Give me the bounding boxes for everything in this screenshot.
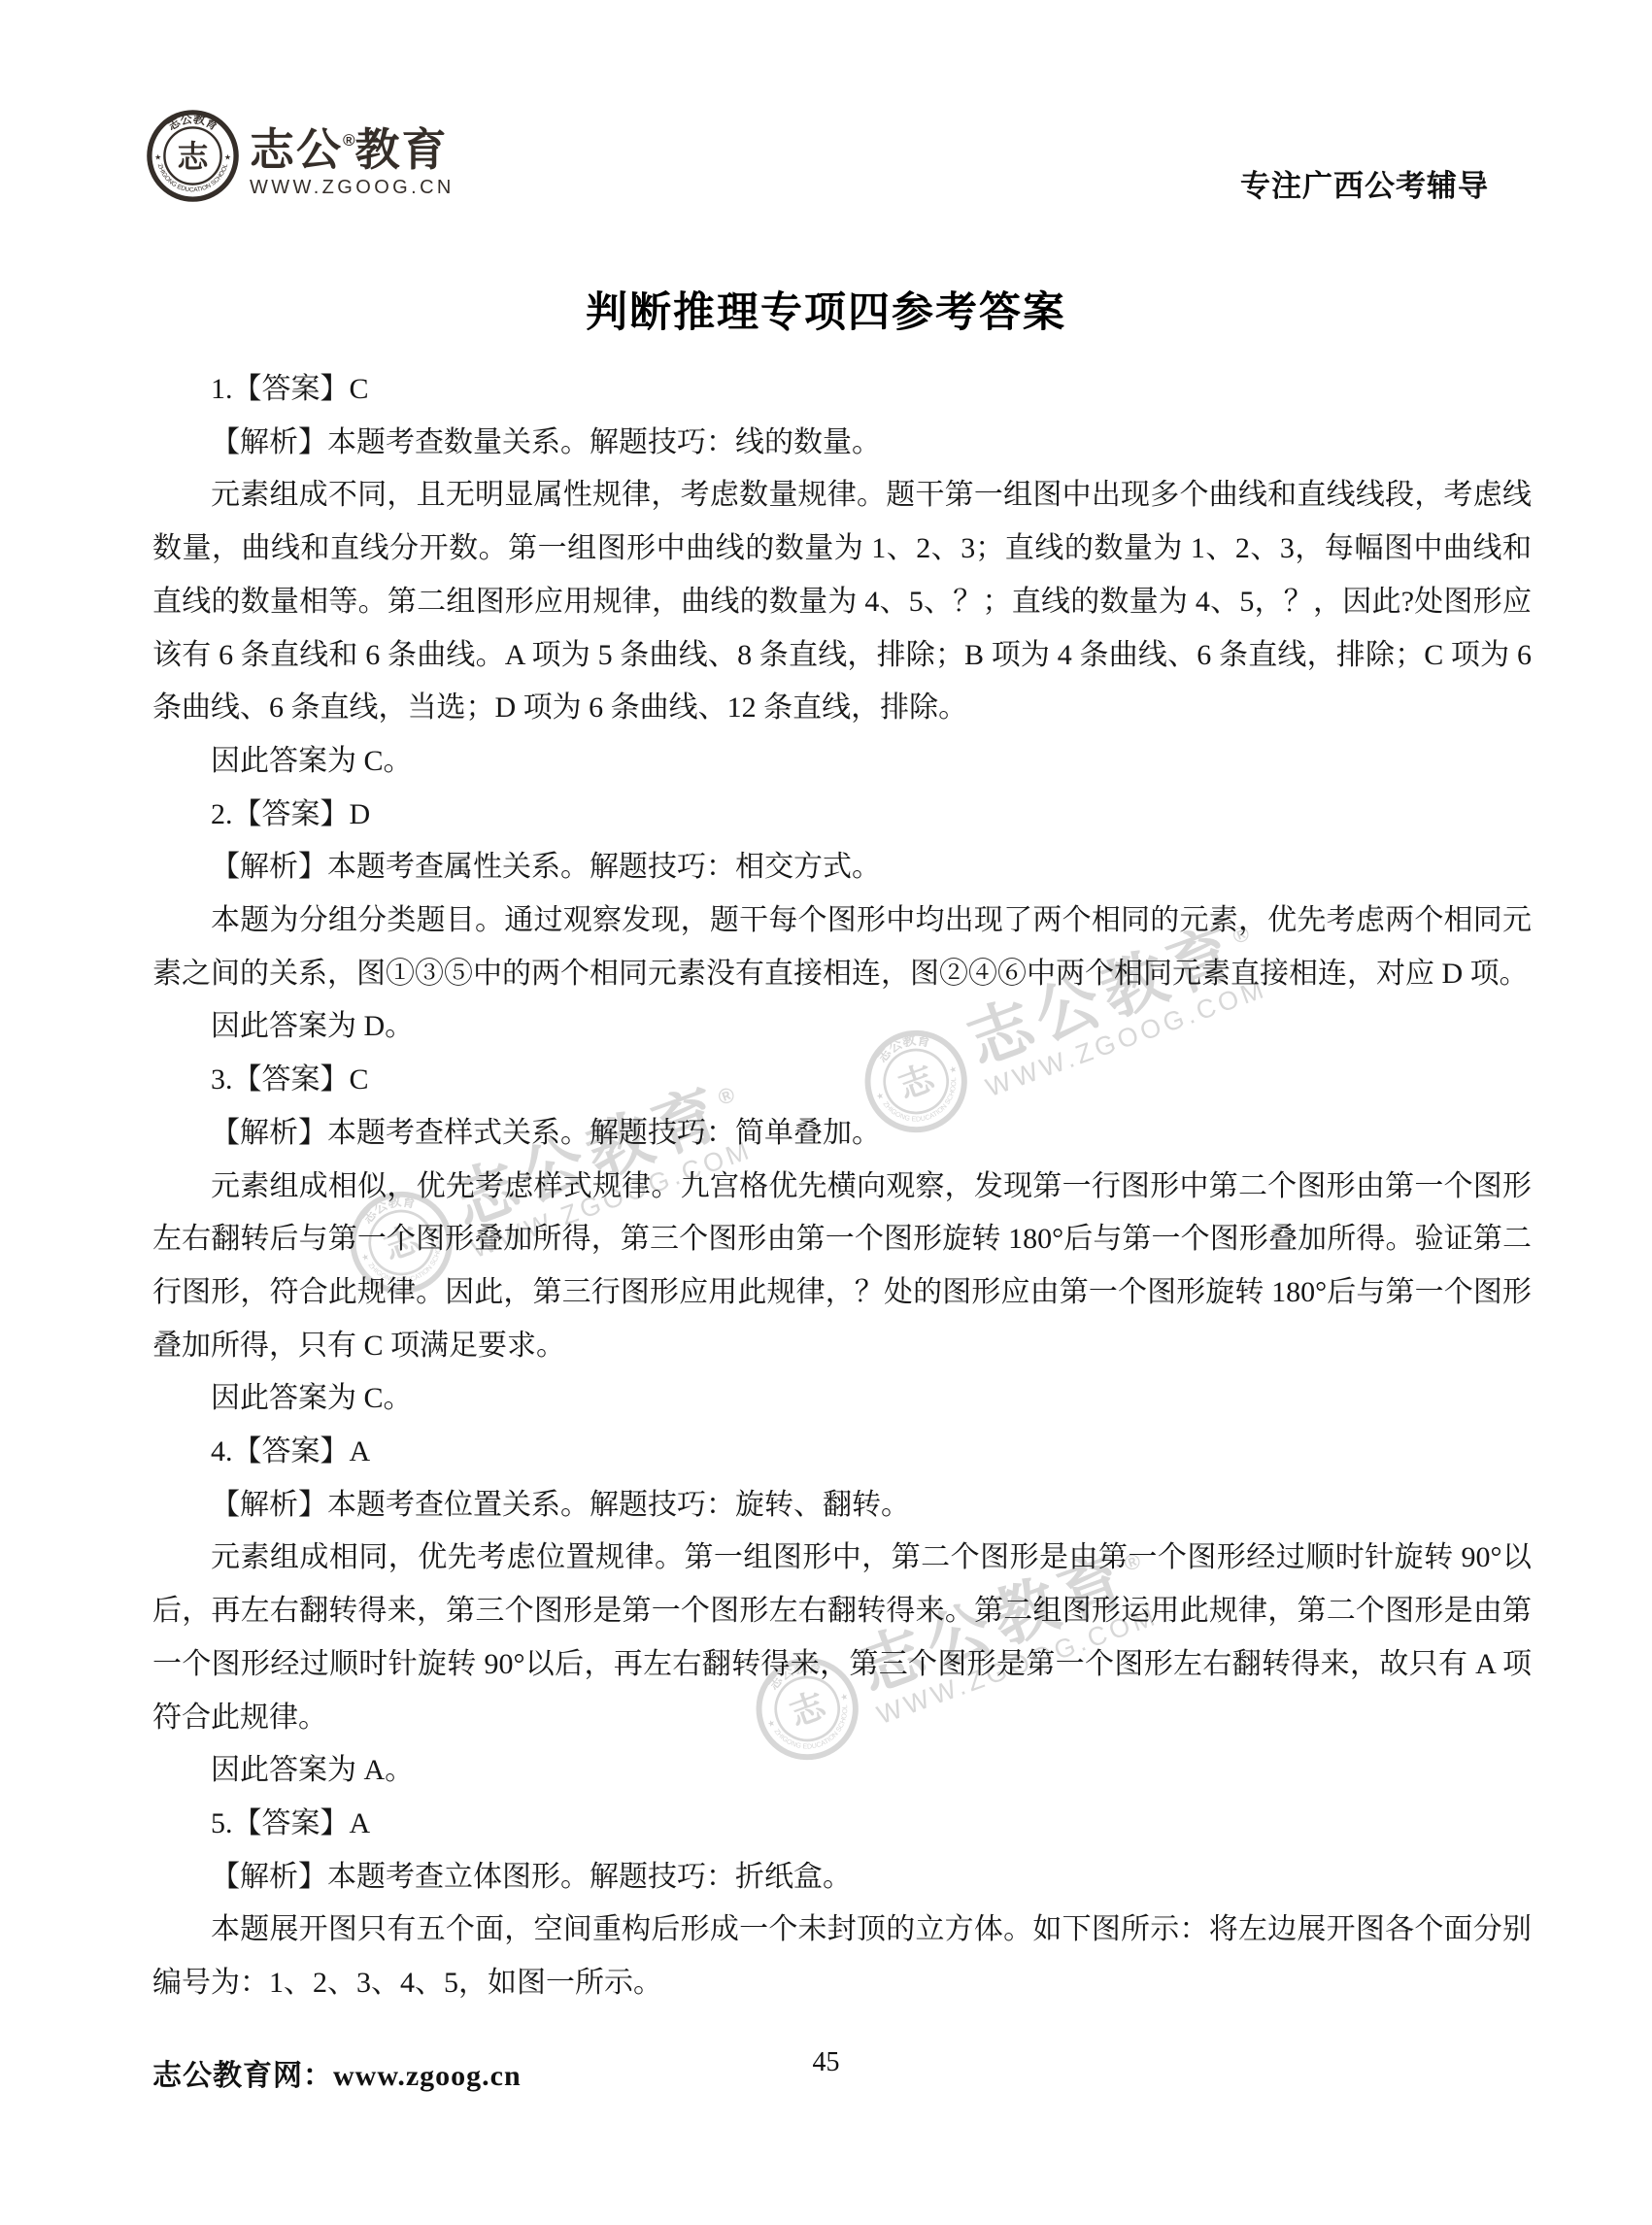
brand-block: 志公®教育 WWW.ZGOOG.CN [250,117,455,199]
answer-number-line: 2.【答案】D [152,789,1532,842]
explanation-paragraph: 元素组成相似，优先考虑样式规律。九宫格优先横向观察，发现第一行图形中第二个图形由… [152,1161,1532,1373]
conclusion-line: 因此答案为 D。 [152,1000,1532,1054]
explanation-paragraph: 元素组成相同，优先考虑位置规律。第一组图形中，第二个图形是由第一个图形经过顺时针… [152,1532,1532,1744]
brand-name: 志公®教育 [250,117,455,174]
page-title: 判断推理专项四参考答案 [0,280,1652,339]
registered-mark: ® [343,131,355,150]
answer-number-line: 3.【答案】C [152,1054,1532,1107]
answer-item-1: 1.【答案】C 【解析】本题考查数量关系。解题技巧：线的数量。 元素组成不同，且… [152,363,1532,789]
analysis-line: 【解析】本题考查属性关系。解题技巧：相交方式。 [152,841,1532,894]
answer-item-5: 5.【答案】A 【解析】本题考查立体图形。解题技巧：折纸盒。 本题展开图只有五个… [152,1798,1532,2010]
zhigong-seal-icon: 志公教育 ZHIGONG EDUCATION SCHOOL ★ ★ 志 [146,109,240,203]
answer-item-4: 4.【答案】A 【解析】本题考查位置关系。解题技巧：旋转、翻转。 元素组成相同，… [152,1426,1532,1798]
conclusion-line: 因此答案为 A。 [152,1744,1532,1798]
document-page: 志公教育 ZHIGONG EDUCATION SCHOOL ★ ★ 志 志公®教… [0,0,1652,2225]
page-number: 45 [0,2047,1652,2078]
answer-number-line: 4.【答案】A [152,1426,1532,1479]
explanation-paragraph: 本题展开图只有五个面，空间重构后形成一个未封顶的立方体。如下图所示：将左边展开图… [152,1904,1532,2009]
brand-name-part2: 教育 [355,124,449,175]
seal-star-right: ★ [224,152,231,161]
header-tagline: 专注广西公考辅导 [1240,161,1489,205]
explanation-paragraph: 本题为分组分类题目。通过观察发现，题干每个图形中均出现了两个相同的元素，优先考虑… [152,894,1532,1000]
answer-number-line: 5.【答案】A [152,1798,1532,1851]
conclusion-line: 因此答案为 C。 [152,735,1532,789]
brand-website: WWW.ZGOOG.CN [250,177,455,199]
brand-name-part1: 志公 [250,124,343,175]
conclusion-line: 因此答案为 C。 [152,1372,1532,1426]
logo: 志公教育 ZHIGONG EDUCATION SCHOOL ★ ★ 志 志公®教… [146,109,455,203]
analysis-line: 【解析】本题考查立体图形。解题技巧：折纸盒。 [152,1851,1532,1905]
answer-item-2: 2.【答案】D 【解析】本题考查属性关系。解题技巧：相交方式。 本题为分组分类题… [152,789,1532,1055]
analysis-line: 【解析】本题考查数量关系。解题技巧：线的数量。 [152,417,1532,470]
analysis-line: 【解析】本题考查位置关系。解题技巧：旋转、翻转。 [152,1479,1532,1533]
answer-number-line: 1.【答案】C [152,363,1532,417]
analysis-line: 【解析】本题考查样式关系。解题技巧：简单叠加。 [152,1107,1532,1161]
explanation-paragraph: 元素组成不同，且无明显属性规律，考虑数量规律。题干第一组图中出现多个曲线和直线线… [152,469,1532,735]
answers-content: 1.【答案】C 【解析】本题考查数量关系。解题技巧：线的数量。 元素组成不同，且… [152,363,1532,2010]
answer-item-3: 3.【答案】C 【解析】本题考查样式关系。解题技巧：简单叠加。 元素组成相似，优… [152,1054,1532,1426]
seal-star-left: ★ [154,152,161,161]
seal-center-char: 志 [177,139,209,174]
